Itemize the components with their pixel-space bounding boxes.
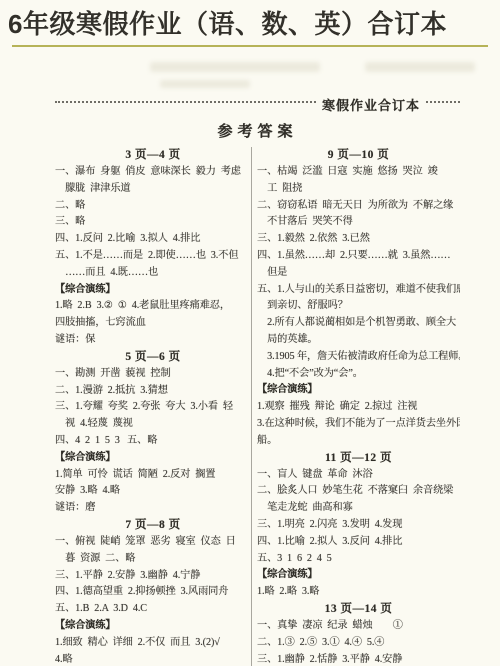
answer-line: 三、1.毅然 2.依然 3.已然 — [257, 231, 460, 248]
answer-line: 五、1.人与山的关系日益密切，难道不使我们感 — [257, 282, 460, 299]
answer-line: 一、枯竭 泛滥 日寇 实施 悠扬 哭泣 竣 — [257, 164, 460, 181]
answer-line: 【综合演练】 — [55, 282, 251, 299]
answer-line: 朦胧 津津乐道 — [55, 181, 251, 198]
answer-line: 一、俯视 陡峭 笼罩 恶劣 寝室 仪态 日 — [55, 534, 251, 551]
page: 6年级寒假作业（语、数、英）合订本 寒假作业合订本 参考答案 3 页—4 页一、… — [0, 0, 500, 666]
sheet-header: 寒假作业合订本 — [55, 96, 460, 112]
section-heading: 13 页—14 页 — [257, 601, 460, 618]
answer-line: 五、3 1 6 2 4 5 — [257, 551, 460, 568]
section-heading: 3 页—4 页 — [55, 147, 251, 164]
answer-line: 1.简单 可怜 谎话 简陋 2.反对 搁置 — [55, 467, 251, 484]
header-dots-right — [426, 101, 460, 103]
answer-line: 三、1.平静 2.安静 3.幽静 4.宁静 — [55, 568, 251, 585]
answer-line: 不甘落后 哭笑不得 — [257, 214, 460, 231]
answer-line: 局的英雄。 — [257, 332, 460, 349]
answer-line: 【综合演练】 — [55, 450, 251, 467]
answers-column-right: 9 页—10 页一、枯竭 泛滥 日寇 实施 悠扬 哭泣 竣 工 阻挠二、窃窃私语… — [252, 147, 460, 666]
answer-line: 谜语：磨 — [55, 500, 251, 517]
answer-line: 二、1.漫游 2.抵抗 3.猜想 — [55, 383, 251, 400]
scan-artifact — [150, 62, 320, 72]
section-heading: 5 页—6 页 — [55, 349, 251, 366]
answer-line: 2.所有人都说蔺相如是个机智勇敢、顾全大 — [257, 315, 460, 332]
answer-line: 1.略 2.略 3.略 — [257, 584, 460, 601]
answer-line: 【综合演练】 — [257, 567, 460, 584]
answer-line: 【综合演练】 — [257, 382, 460, 399]
answer-line: 四、1.德高望重 2.抑扬顿挫 3.风雨同舟 — [55, 584, 251, 601]
answer-line: 3.1905 年，詹天佑被清政府任命为总工程师。 — [257, 349, 460, 366]
answer-line: 一、瀑布 身躯 俏皮 意味深长 毅力 考虑 — [55, 164, 251, 181]
answer-line: 暮 资源 二、略 — [55, 551, 251, 568]
answer-line: 三、略 — [55, 214, 251, 231]
answer-line: 一、真挚 凄凉 纪录 蜡烛 ① — [257, 618, 460, 635]
answer-line: 1.细致 精心 详细 2.不仅 而且 3.(2)√ — [55, 635, 251, 652]
answer-line: 4.把“不会”改为“会”。 — [257, 366, 460, 383]
answer-line: 视 4.轻蔑 蔑视 — [55, 416, 251, 433]
scan-artifact — [160, 80, 250, 88]
answer-line: 二、窃窃私语 暗无天日 为所欲为 不解之缘 — [257, 198, 460, 215]
section-heading: 7 页—8 页 — [55, 517, 251, 534]
scan-artifact — [365, 62, 475, 72]
answer-line: 五、1.B 2.A 3.D 4.C — [55, 601, 251, 618]
answer-line: 四、1.反问 2.比喻 3.拟人 4.排比 — [55, 231, 251, 248]
answer-line: 谜语：保 — [55, 332, 251, 349]
answer-line: 笔走龙蛇 曲高和寡 — [257, 500, 460, 517]
answer-line: 4.略 — [55, 652, 251, 666]
answer-line: 二、略 — [55, 198, 251, 215]
answer-line: 四肢抽搐，七窍流血 — [55, 315, 251, 332]
answer-columns: 3 页—4 页一、瀑布 身躯 俏皮 意味深长 毅力 考虑 朦胧 津津乐道二、略三… — [55, 147, 460, 666]
header-dots-left — [55, 101, 316, 103]
answer-line: 四、1.虽然……却 2.只要……就 3.虽然…… — [257, 248, 460, 265]
answer-line: 工 阻挠 — [257, 181, 460, 198]
answer-line: 1.略 2.B 3.② ① 4.老鼠肚里疼痛难忍， — [55, 298, 251, 315]
answer-line: 3.在这种时候，我们不能为了一点洋货去坐外国 — [257, 416, 460, 433]
answer-line: 到亲切、舒服吗？ — [257, 298, 460, 315]
answer-line: 三、1.幽静 2.恬静 3.平静 4.安静 — [257, 652, 460, 666]
answer-line: 一、勘测 开凿 藐视 控制 — [55, 366, 251, 383]
answer-line: 二、1.③ 2.⑤ 3.① 4.④ 5.④ — [257, 635, 460, 652]
answer-line: 三、1.明亮 2.闪亮 3.发明 4.发现 — [257, 517, 460, 534]
answer-line: 四、4 2 1 5 3 五、略 — [55, 433, 251, 450]
section-heading: 11 页—12 页 — [257, 450, 460, 467]
answer-line: 二、脍炙人口 妙笔生花 不落窠臼 余音绕梁 — [257, 483, 460, 500]
answer-line: 【综合演练】 — [55, 618, 251, 635]
header-label: 寒假作业合订本 — [322, 95, 420, 114]
answer-line: 安静 3.略 4.略 — [55, 483, 251, 500]
section-heading: 9 页—10 页 — [257, 147, 460, 164]
divider-rule — [12, 45, 488, 47]
answer-line: 1.观察 摧残 辩论 确定 2.掠过 注视 — [257, 399, 460, 416]
answer-line: ……而且 4.既……也 — [55, 265, 251, 282]
answer-line: 一、盲人 键盘 革命 沐浴 — [257, 467, 460, 484]
answers-column-left: 3 页—4 页一、瀑布 身躯 俏皮 意味深长 毅力 考虑 朦胧 津津乐道二、略三… — [55, 147, 251, 666]
answer-line: 五、1.不是……而是 2.即使……也 3.不但 — [55, 248, 251, 265]
answer-line: 船。 — [257, 433, 460, 450]
answer-line: 三、1.夸耀 夸奖 2.夸张 夸大 3.小看 轻 — [55, 399, 251, 416]
answers-title: 参考答案 — [55, 120, 460, 141]
app-title: 6年级寒假作业（语、数、英）合订本 — [8, 4, 496, 41]
answer-sheet-scan: 寒假作业合订本 参考答案 3 页—4 页一、瀑布 身躯 俏皮 意味深长 毅力 考… — [55, 96, 460, 666]
answer-line: 但是 — [257, 265, 460, 282]
answer-line: 四、1.比喻 2.拟人 3.反问 4.排比 — [257, 534, 460, 551]
